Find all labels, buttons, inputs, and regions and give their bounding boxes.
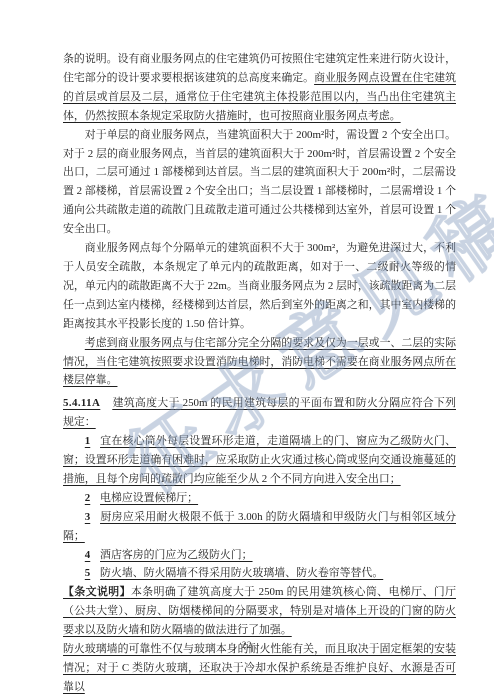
clause-text: 电梯应设置候梯厅； bbox=[100, 492, 198, 504]
clause-item-4: 4酒店客房的门应为乙级防火门； bbox=[63, 546, 456, 565]
paragraph-continuation: 条的说明。设有商业服务网点的住宅建筑仍可按照住宅建筑定性来进行防火设计，住宅部分… bbox=[63, 50, 456, 126]
clause-item-2: 2电梯应设置候梯厅； bbox=[63, 489, 456, 508]
clause-text: 防火墙、防火隔墙不得采用防火玻璃墙、防火卷帘等替代。 bbox=[100, 567, 383, 579]
clause-text: 酒店客房的门应为乙级防火门； bbox=[100, 549, 252, 561]
clause-text: 宜在核心筒外每层设置环形走道，走道隔墙上的门、窗应为乙级防火门、窗；设置环形走道… bbox=[63, 435, 456, 485]
section-code: 5.4.11A bbox=[63, 397, 100, 409]
document-page: 征求意见稿 条的说明。设有商业服务网点的住宅建筑仍可按照住宅建筑定性来进行防火设… bbox=[0, 0, 494, 700]
clause-item-5: 5防火墙、防火隔墙不得采用防火玻璃墙、防火卷帘等替代。 bbox=[63, 564, 456, 583]
clause-text: 厨房应采用耐火极限不低于 3.00h 的防火隔墙和甲级防火门与相邻区域分隔； bbox=[63, 511, 456, 542]
clause-number: 3 bbox=[85, 511, 90, 523]
section-title: 建筑高度大于 250m 的民用建筑每层的平面布置和防火分隔应符合下列规定： bbox=[63, 397, 456, 428]
clause-number: 1 bbox=[85, 435, 90, 447]
paragraph-evacuation-distance: 商业服务网点每个分隔单元的建筑面积不大于 300m²，为避免进深过大，不利于人员… bbox=[63, 239, 456, 334]
document-body: 条的说明。设有商业服务网点的住宅建筑仍可按照住宅建筑定性来进行防火设计，住宅部分… bbox=[63, 50, 456, 697]
paragraph-fire-elevator: 考虑到商业服务网点与住宅部分完全分隔的要求及仅为一层或一、二层的实际情况，当住宅… bbox=[63, 334, 456, 391]
section-heading: 5.4.11A建筑高度大于 250m 的民用建筑每层的平面布置和防火分隔应符合下… bbox=[63, 394, 456, 432]
clause-item-1: 1宜在核心筒外每层设置环形走道，走道隔墙上的门、窗应为乙级防火门、窗；设置环形走… bbox=[63, 432, 456, 489]
commentary-label: 【条文说明】 bbox=[63, 586, 131, 598]
clause-number: 4 bbox=[85, 549, 90, 561]
paragraph-single-storey-exits: 对于单层的商业服务网点，当建筑面积大于 200m²时，需设置 2 个安全出口。对… bbox=[63, 126, 456, 239]
clause-item-3: 3厨房应采用耐火极限不低于 3.00h 的防火隔墙和甲级防火门与相邻区域分隔； bbox=[63, 508, 456, 546]
page-number: 22 bbox=[0, 640, 494, 650]
clause-number: 2 bbox=[85, 492, 90, 504]
clause-number: 5 bbox=[85, 567, 90, 579]
commentary-paragraph: 【条文说明】本条明确了建筑高度大于 250m 的民用建筑核心筒、电梯厅、门厅（公… bbox=[63, 583, 456, 640]
